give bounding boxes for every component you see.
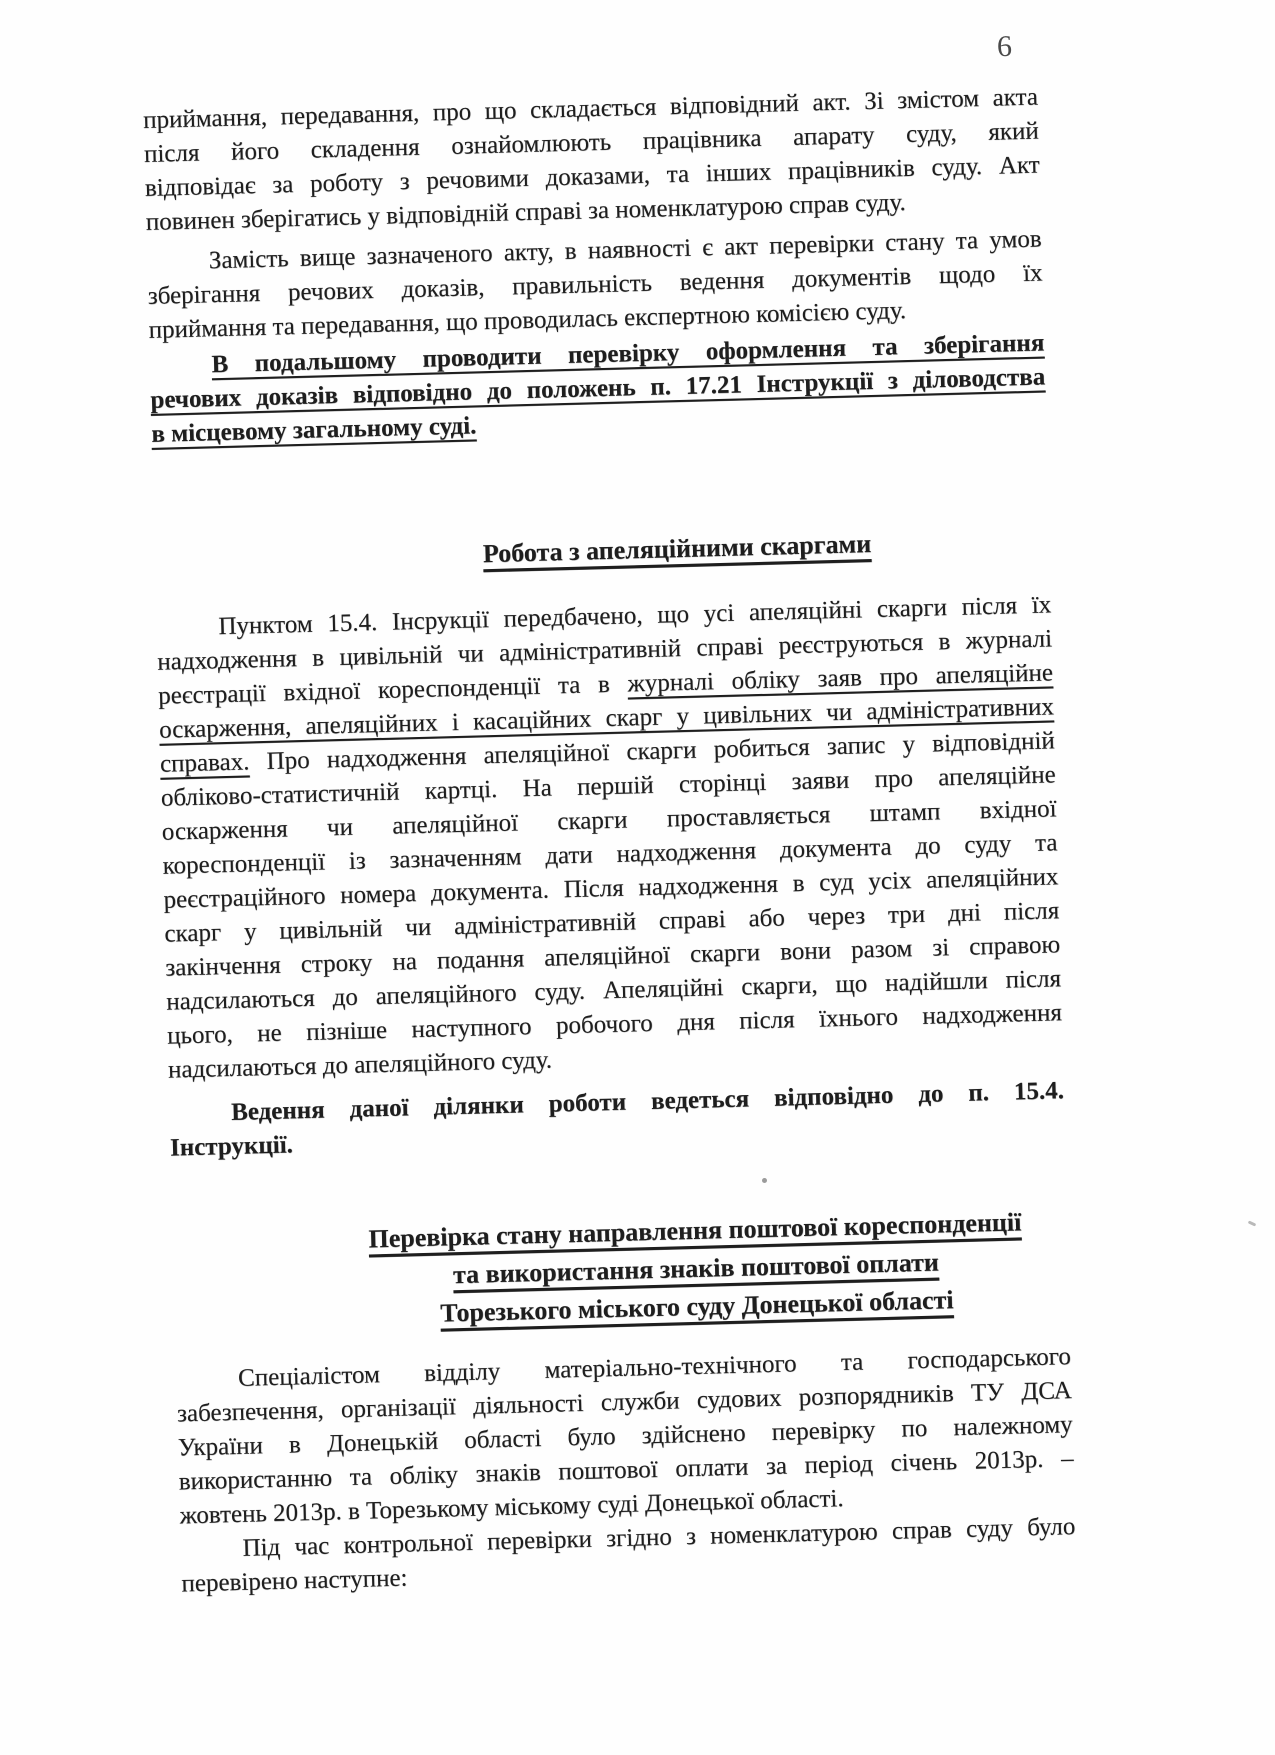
paragraph-conclusion-15-4: Ведення даної ділянки роботи ведеться ві… <box>169 1074 1065 1165</box>
scan-speck <box>762 1178 767 1183</box>
section-heading-postal: Перевірка стану направлення поштової кор… <box>172 1202 1070 1339</box>
section-heading-appeals: Робота з апеляційними скаргами <box>154 520 1050 581</box>
paragraph-act-continuation: приймання, передавання, про що складаєть… <box>143 81 1041 240</box>
paragraph-appeals-procedure: Пунктом 15.4. Інсрукції передбачено, що … <box>156 588 1063 1087</box>
paragraph-postal-check: Спеціалістом відділу матеріально-технічн… <box>176 1340 1075 1533</box>
paragraph-recommendation: В подальшому проводити перевірку оформле… <box>149 326 1046 451</box>
heading-line: Робота з апеляційними скаргами <box>304 520 1050 577</box>
scan-speck <box>1248 1220 1257 1226</box>
scanned-document-page: 6 приймання, передавання, про що складає… <box>0 0 1275 1755</box>
document-blocks: приймання, передавання, про що складаєть… <box>140 0 1077 1601</box>
